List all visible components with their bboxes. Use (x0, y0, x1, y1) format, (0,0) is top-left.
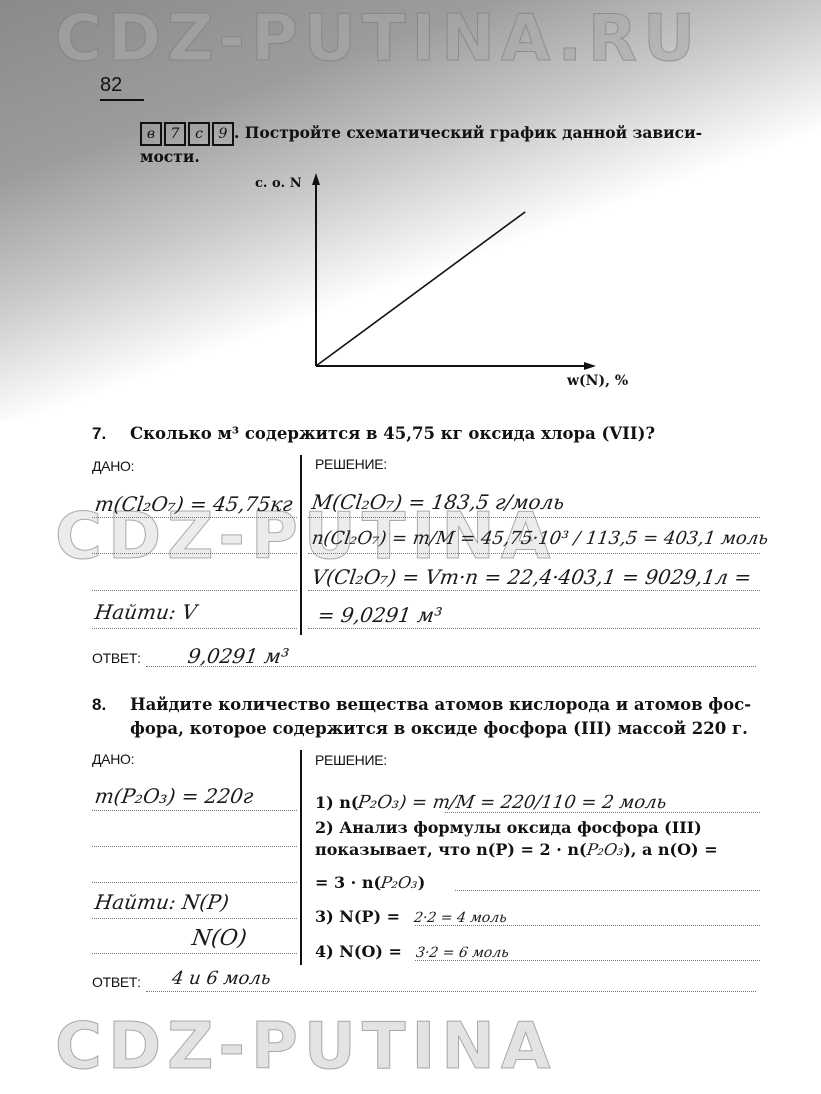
task6-prompt: в 7 с 9 . Постройте схематический график… (140, 122, 760, 168)
answer-box: 9 (212, 122, 234, 146)
task8-find-oxygen: N(O) (190, 926, 248, 951)
task8-step1: 1) n(P₂O₃) = m/M = 220/110 = 2 моль (315, 792, 667, 813)
step3-handwritten: 2·2 = 4 моль (413, 910, 508, 926)
step4-handwritten: 3·2 = 6 моль (414, 945, 509, 961)
ruled-line (92, 953, 297, 954)
task7-solution-label: РЕШЕНИЕ: (315, 456, 387, 472)
task8-solution-label: РЕШЕНИЕ: (315, 752, 387, 768)
ruled-line (92, 882, 297, 883)
task8-answer: 4 и 6 моль (171, 968, 273, 989)
task7-find: Найти: V (93, 600, 198, 624)
watermark-bottom: CDZ-PUTINA (55, 1010, 556, 1084)
step2-cont-handwritten: P₂O₃ (380, 873, 419, 892)
step1-printed: 1) n( (315, 793, 358, 812)
task8-question-line1: Найдите количество вещества атомов кисло… (130, 694, 751, 716)
task7-divider (300, 455, 302, 635)
task8-given-label: ДАНО: (92, 751, 134, 767)
task7-given-label: ДАНО: (92, 458, 134, 474)
step1-handwritten: P₂O₃) = m/M = 220/110 = 2 моль (357, 792, 668, 813)
task8-step2-line2: показывает, что n(P) = 2 · n(P₂O₃), а n(… (315, 840, 718, 859)
ruled-line (92, 517, 297, 518)
task8-answer-label: ОТВЕТ: (92, 974, 141, 990)
task8-step2-line3: = 3 · n(P₂O₃) (315, 873, 425, 892)
task7-answer: 9,0291 м³ (186, 644, 290, 668)
task8-find: Найти: N(P) (93, 890, 230, 914)
step4-printed: 4) N(O) = (315, 942, 402, 961)
task7-number: 7. (92, 424, 106, 444)
answer-box: в (140, 122, 162, 146)
step2-printed-a: показывает, что n(P) = 2 · n( (315, 840, 587, 859)
step2-handwritten: P₂O₃ (585, 840, 624, 859)
ruled-line (308, 553, 760, 554)
step2-printed-b: ), а n(O) = (623, 840, 717, 859)
task7-solution-line4: = 9,0291 м³ (316, 603, 443, 627)
ruled-line (415, 960, 760, 961)
task8-number: 8. (92, 695, 106, 715)
task8-step4: 4) N(O) = 3·2 = 6 моль (315, 942, 508, 961)
schematic-chart: с. о. N w(N), % (240, 168, 660, 398)
task7-solution-line3: V(Cl₂O₇) = Vm·n = 22,4·403,1 = 9029,1л = (310, 565, 753, 589)
ruled-line (415, 925, 760, 926)
ruled-line (92, 918, 297, 919)
task8-divider (300, 750, 302, 965)
task7-answer-label: ОТВЕТ: (92, 650, 141, 666)
ruled-line (92, 590, 297, 591)
watermark-top: CDZ-PUTINA.RU (55, 2, 701, 76)
ruled-line (445, 812, 760, 813)
task8-given-mass: m(P₂O₃) = 220г (93, 784, 255, 808)
step3-printed: 3) N(P) = (315, 907, 400, 926)
chart-x-label: w(N), % (567, 373, 628, 389)
task8-step2-line1: 2) Анализ формулы оксида фосфора (III) (315, 818, 702, 837)
ruled-line (92, 810, 297, 811)
task6-text-line2: мости. (140, 146, 760, 168)
chart-y-label: с. о. N (255, 176, 302, 191)
ruled-line (92, 846, 297, 847)
chart-plot (240, 168, 660, 398)
task7-given-mass: m(Cl₂O₇) = 45,75кг (93, 492, 294, 516)
ruled-line (92, 628, 297, 629)
answer-box: с (188, 122, 210, 146)
task7-question: Сколько м³ содержится в 45,75 кг оксида … (130, 423, 655, 445)
answer-box: 7 (164, 122, 186, 146)
page-number: 82 (100, 74, 144, 101)
task7-solution-line2: n(Cl₂O₇) = m/M = 45,75·10³ / 113,5 = 403… (311, 528, 770, 549)
step2-cont-printed-a: = 3 · n( (315, 873, 381, 892)
task7-solution-line1: M(Cl₂O₇) = 183,5 г/моль (310, 490, 566, 514)
task8-question-line2: фора, которое содержится в оксиде фосфор… (130, 718, 748, 740)
answer-code-boxes: в 7 с 9 (140, 122, 234, 146)
ruled-line (308, 628, 760, 629)
ruled-line (92, 553, 297, 554)
task6-text-line1: . Постройте схематический график данной … (234, 123, 702, 142)
ruled-line (455, 890, 760, 891)
ruled-line (146, 991, 756, 992)
ruled-line (308, 517, 760, 518)
task8-step3: 3) N(P) = 2·2 = 4 моль (315, 907, 506, 926)
ruled-line (308, 590, 760, 591)
